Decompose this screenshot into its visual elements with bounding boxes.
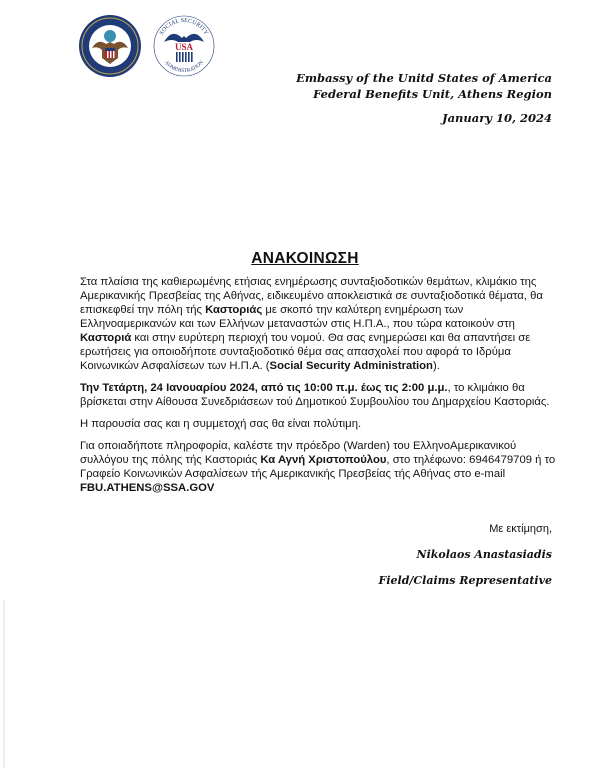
contact-person: Κα Αγνή Χριστοπούλου bbox=[260, 454, 386, 466]
paragraph-invite: Η παρουσία σας και η συμμετοχή σας θα εί… bbox=[80, 417, 560, 431]
announcement-body: Στα πλαίσια της καθιερωμένης ετήσιας ενη… bbox=[80, 275, 560, 503]
agency-name: Social Security Administration bbox=[270, 360, 433, 372]
paragraph-intro: Στα πλαίσια της καθιερωμένης ετήσιας ενη… bbox=[80, 275, 560, 373]
signature-title: Field/Claims Representative bbox=[379, 574, 552, 587]
letterhead-unit: Federal Benefits Unit, Athens Region bbox=[296, 86, 552, 102]
text: ). bbox=[433, 360, 440, 372]
city-name: Καστοριάς bbox=[205, 304, 262, 316]
letter-date: January 10, 2024 bbox=[296, 110, 552, 126]
signature-name: Nikolaos Anastasiadis bbox=[417, 548, 552, 561]
letterhead-embassy: Embassy of the Unitd States of America bbox=[296, 70, 552, 86]
closing-salutation: Με εκτίμηση, bbox=[489, 522, 552, 536]
letterhead: Embassy of the Unitd States of America F… bbox=[296, 70, 552, 126]
city-name: Καστοριά bbox=[80, 332, 131, 344]
svg-text:USA: USA bbox=[175, 42, 194, 52]
contact-email: FBU.ATHENS@SSA.GOV bbox=[80, 482, 214, 494]
logo-row: USA SOCIAL SECURITY ADMINISTRATION bbox=[78, 14, 216, 78]
page-edge bbox=[3, 600, 5, 768]
event-datetime: Την Τετάρτη, 24 Ιανουαρίου 2024, από τις… bbox=[80, 382, 448, 394]
paragraph-schedule: Την Τετάρτη, 24 Ιανουαρίου 2024, από τις… bbox=[80, 381, 560, 409]
document-title: ΑΝΑΚΟΙΝΩΣΗ bbox=[0, 250, 610, 268]
ssa-logo-icon: USA SOCIAL SECURITY ADMINISTRATION bbox=[152, 14, 216, 78]
paragraph-contact: Για οποιαδήποτε πληροφορία, καλέστε την … bbox=[80, 439, 560, 495]
embassy-seal-icon bbox=[78, 14, 142, 78]
